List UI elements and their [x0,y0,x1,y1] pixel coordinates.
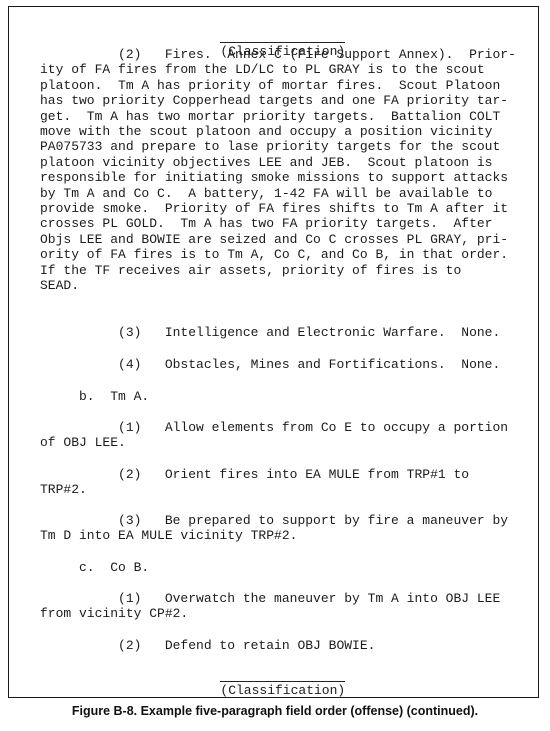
text-line: If the TF receives air assets, priority … [40,263,461,279]
text-line: (1) Overwatch the maneuver by Tm A into … [40,591,500,607]
text-line: SEAD. [40,278,79,294]
text-line: (2) Fires. Annex C (Fire Support Annex).… [40,47,516,63]
text-line: (1) Allow elements from Co E to occupy a… [40,420,508,436]
text-line: (2) Defend to retain OBJ BOWIE. [40,638,375,654]
text-line: c. Co B. [40,560,149,576]
text-line: crosses PL GOLD. Tm A has two FA priorit… [40,216,492,232]
figure-caption: Figure B-8. Example five-paragraph field… [0,704,550,718]
text-line: (2) Orient fires into EA MULE from TRP#1… [40,467,469,483]
text-line: Objs LEE and BOWIE are seized and Co C c… [40,232,508,248]
text-line: from vicinity CP#2. [40,606,188,622]
text-line: get. Tm A has two mortar priority target… [40,109,500,125]
text-line: move with the scout platoon and occupy a… [40,124,492,140]
text-line: ity of FA fires from the LD/LC to PL GRA… [40,62,485,78]
text-line: platoon vicinity objectives LEE and JEB.… [40,155,492,171]
text-line: responsible for initiating smoke mission… [40,170,508,186]
text-line: by Tm A and Co C. A battery, 1-42 FA wil… [40,186,492,202]
text-line: TRP#2. [40,482,87,498]
classification-marking-bottom: (Classification) [0,666,550,698]
classification-label: (Classification) [220,681,345,698]
text-line: provide smoke. Priority of FA fires shif… [40,201,508,217]
text-line: of OBJ LEE. [40,435,126,451]
text-line: PA075733 and prepare to lase priority ta… [40,139,500,155]
text-line: has two priority Copperhead targets and … [40,93,508,109]
text-line: (3) Intelligence and Electronic Warfare.… [40,325,500,341]
text-line: b. Tm A. [40,389,149,405]
text-line: (4) Obstacles, Mines and Fortifications.… [40,357,500,373]
text-line: (3) Be prepared to support by fire a man… [40,513,508,529]
text-line: platoon. Tm A has priority of mortar fir… [40,78,500,94]
text-line: ority of FA fires is to Tm A, Co C, and … [40,247,508,263]
text-line: Tm D into EA MULE vicinity TRP#2. [40,528,297,544]
